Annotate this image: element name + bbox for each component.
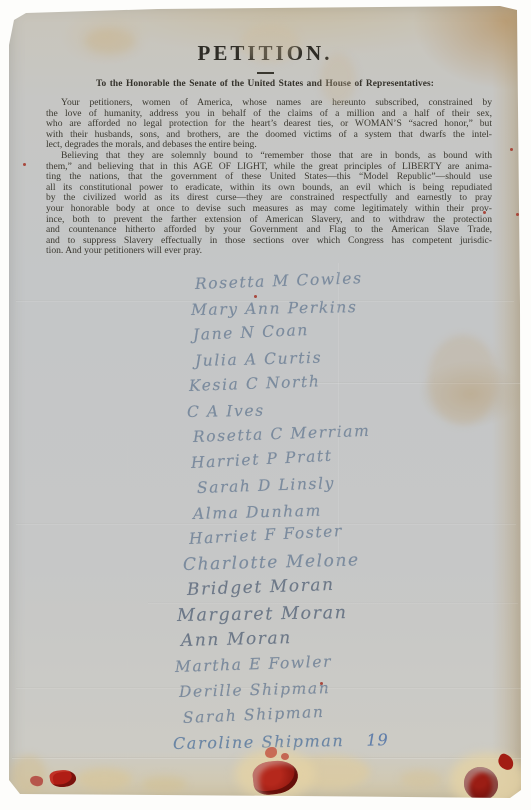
paragraph-line: tion. And your petitioners will ever pra… xyxy=(46,246,492,257)
paragraph-line: your honorable body at once to devise su… xyxy=(46,204,492,215)
wax-seal-center xyxy=(235,745,315,803)
wax-seal-right xyxy=(450,753,526,807)
salutation-line: To the Honorable the Senate of the Unite… xyxy=(8,79,522,89)
ink-speck xyxy=(510,148,513,151)
wax-blob xyxy=(49,768,77,788)
paragraph-line: Your petitioners, women of America, whos… xyxy=(46,98,492,109)
ink-speck xyxy=(516,213,519,216)
signature-tally: 19 xyxy=(366,730,389,749)
signature-list: Rosetta M Cowles Mary Ann Perkins Jane N… xyxy=(183,272,483,757)
paragraph-line: Believing that they are solemnly bound t… xyxy=(46,151,492,162)
paper-sheet: PETITION. To the Honorable the Senate of… xyxy=(8,5,522,799)
paper-stain xyxy=(240,23,300,63)
ink-speck xyxy=(320,682,323,685)
wax-blob xyxy=(464,767,498,800)
paragraph: Your petitioners, women of America, whos… xyxy=(46,98,492,151)
fold-crease xyxy=(148,602,518,604)
ink-speck xyxy=(254,295,257,298)
paper-stain xyxy=(142,776,187,792)
paper-stain xyxy=(85,28,135,54)
fold-crease xyxy=(16,300,514,302)
wax-blob xyxy=(29,775,44,787)
scanned-petition-page: PETITION. To the Honorable the Senate of… xyxy=(0,0,531,810)
paper-stain xyxy=(400,770,442,788)
paper-stain xyxy=(428,335,498,425)
ink-speck xyxy=(23,163,26,166)
wax-blob xyxy=(281,753,289,760)
title-divider-rule xyxy=(257,72,274,74)
fold-crease xyxy=(16,523,516,525)
paragraph: Believing that they are solemnly bound t… xyxy=(46,151,492,257)
fold-crease xyxy=(16,687,521,689)
vertical-crease xyxy=(338,263,340,563)
petition-body: Your petitioners, women of America, whos… xyxy=(46,98,492,257)
ink-speck xyxy=(483,211,486,214)
signature: Caroline Shipman19 xyxy=(173,726,483,757)
paper-stain xyxy=(320,53,356,105)
wax-seal-left xyxy=(26,768,86,796)
